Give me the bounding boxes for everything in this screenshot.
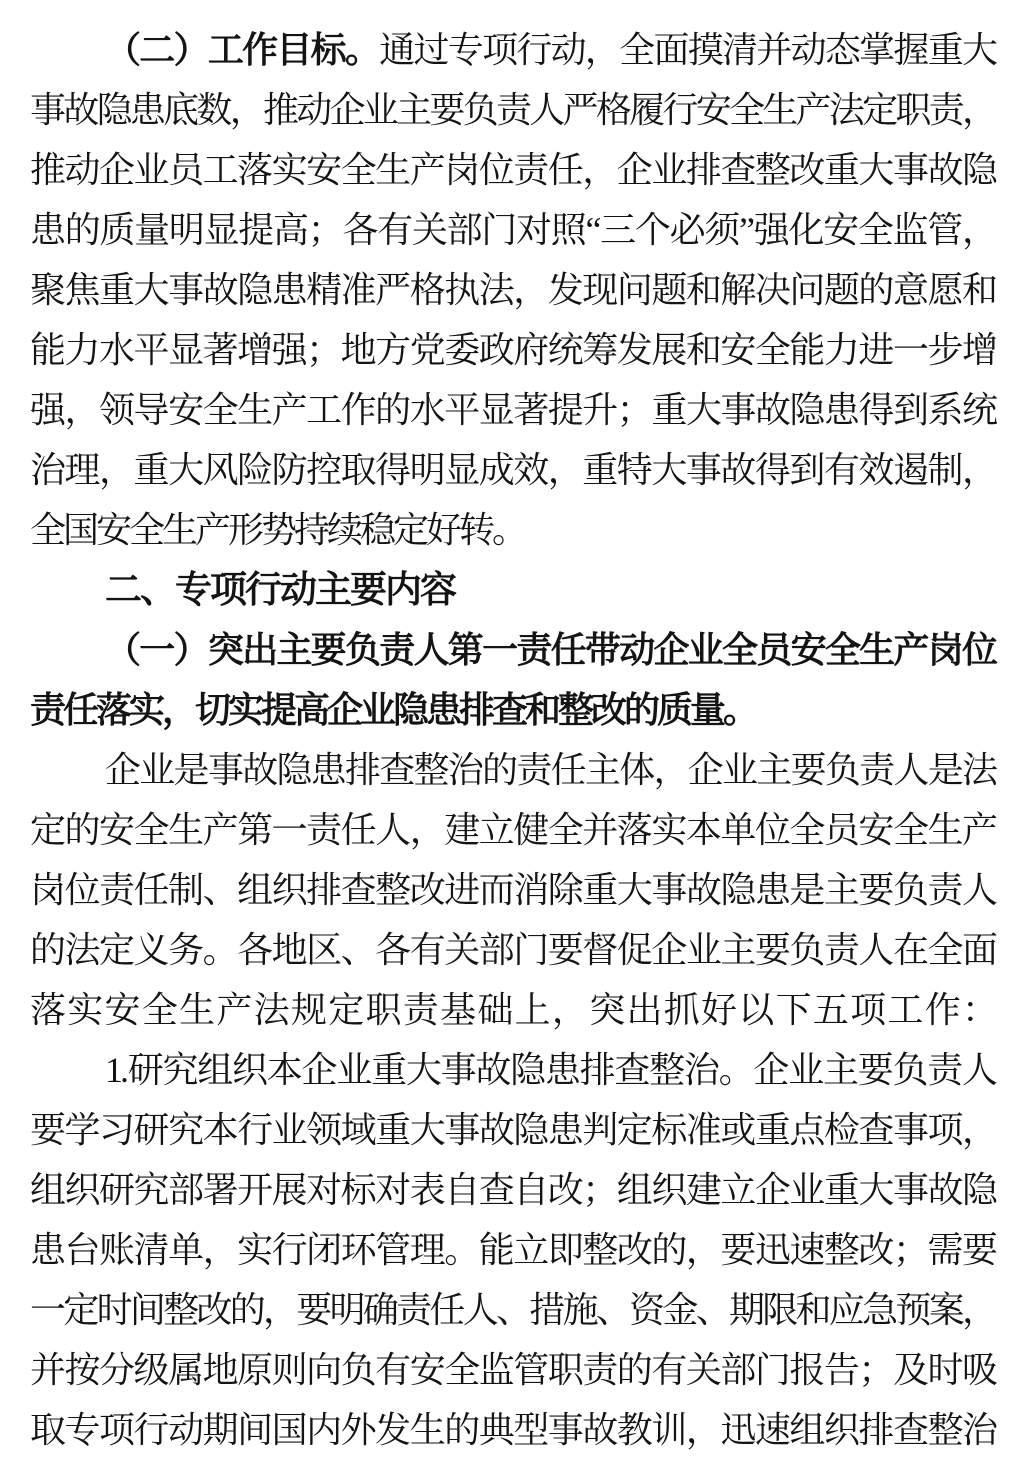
text-line: 定的安全生产第一责任人，建立健全并落实本单位全员安全生产 (30, 800, 995, 860)
text-line: 患的质量明显提高；各有关部门对照“三个必须”强化安全监管， (30, 200, 995, 260)
paragraph-work-goals: （二）工作目标。通过专项行动，全面摸清并动态掌握重大 事故隐患底数，推动企业主要… (30, 20, 995, 560)
text-line: 事故隐患底数，推动企业主要负责人严格履行安全生产法定职责， (30, 80, 995, 140)
text-line: 治理，重大风险防控取得明显成效，重特大事故得到有效遏制， (30, 440, 995, 500)
text-line: 患台账清单，实行闭环管理。能立即整改的，要迅速整改；需要 (30, 1220, 995, 1280)
text-line: （一）突出主要负责人第一责任带动企业全员安全生产岗位 (30, 620, 995, 680)
text-line: 取专项行动期间国内外发生的典型事故教训，迅速组织排查整治 (30, 1400, 995, 1460)
text-line: 能力水平显著增强；地方党委政府统筹发展和安全能力进一步增 (30, 320, 995, 380)
text-line: 推动企业员工落实安全生产岗位责任，企业排查整改重大事故隐 (30, 140, 995, 200)
bold-lead-work-goals: （二）工作目标。 (105, 30, 379, 70)
text-line: 的法定义务。各地区、各有关部门要督促企业主要负责人在全面 (30, 920, 995, 980)
text-line: 落实安全生产法规定职责基础上，突出抓好以下五项工作： (30, 980, 995, 1040)
line-text: 通过专项行动，全面摸清并动态掌握重大 (379, 30, 995, 70)
paragraph-item-1: 1.研究组织本企业重大事故隐患排查整治。企业主要负责人 要学习研究本行业领域重大… (30, 1040, 995, 1460)
text-line: 聚焦重大事故隐患精准严格执法，发现问题和解决问题的意愿和 (30, 260, 995, 320)
text-line: 组织研究部署开展对标对表自查自改；组织建立企业重大事故隐 (30, 1160, 995, 1220)
text-line: 岗位责任制、组织排查整改进而消除重大事故隐患是主要负责人 (30, 860, 995, 920)
text-line: 企业是事故隐患排查整治的责任主体，企业主要负责人是法 (30, 740, 995, 800)
text-line: 要学习研究本行业领域重大事故隐患判定标准或重点检查事项， (30, 1100, 995, 1160)
text-line: 强，领导安全生产工作的水平显著提升；重大事故隐患得到系统 (30, 380, 995, 440)
section-heading: 二、专项行动主要内容 (30, 560, 995, 620)
text-line: 一定时间整改的，要明确责任人、措施、资金、期限和应急预案， (30, 1280, 995, 1340)
paragraph-enterprise-responsibility: 企业是事故隐患排查整治的责任主体，企业主要负责人是法 定的安全生产第一责任人，建… (30, 740, 995, 1040)
text-line: （二）工作目标。通过专项行动，全面摸清并动态掌握重大 (30, 20, 995, 80)
document-page: （二）工作目标。通过专项行动，全面摸清并动态掌握重大 事故隐患底数，推动企业主要… (0, 0, 1025, 1478)
text-line: 责任落实，切实提高企业隐患排查和整改的质量。 (30, 680, 995, 740)
text-line: 1.研究组织本企业重大事故隐患排查整治。企业主要负责人 (30, 1040, 995, 1100)
paragraph-subsection-heading: （一）突出主要负责人第一责任带动企业全员安全生产岗位 责任落实，切实提高企业隐患… (30, 620, 995, 740)
text-line: 全国安全生产形势持续稳定好转。 (30, 500, 995, 560)
text-line: 并按分级属地原则向负有安全监管职责的有关部门报告；及时吸 (30, 1340, 995, 1400)
